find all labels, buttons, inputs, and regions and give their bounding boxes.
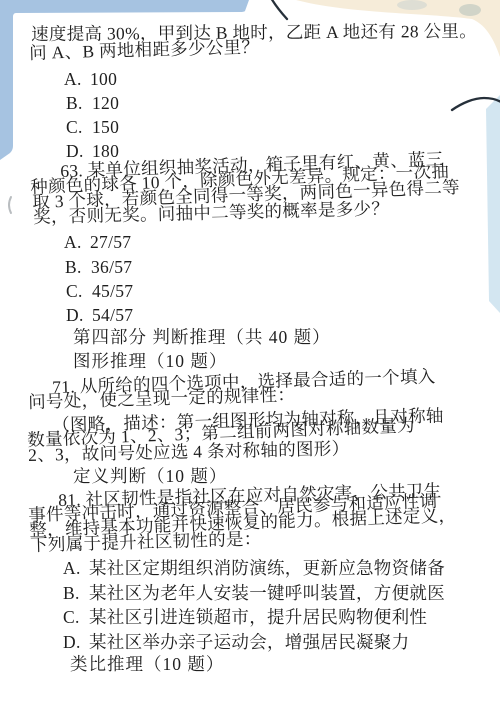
option-value: 150 (92, 117, 119, 137)
option-row-q62-b: B.120 (66, 95, 119, 113)
option-row-q81-d: D.某社区举办亲子运动会，增强居民凝聚力 (63, 634, 409, 652)
option-value: 27/57 (90, 232, 131, 252)
option-row-q63-c: C.45/57 (66, 283, 133, 301)
option-letter: D. (66, 307, 92, 325)
photographed-exam-page: 速度提高 30%，甲到达 B 地时，乙距 A 地还有 28 公里。 问 A、B … (0, 0, 500, 719)
subsection-heading-graphic: 图形推理（10 题） (73, 353, 227, 371)
option-value: 某社区举办亲子运动会，增强居民凝聚力 (89, 632, 409, 652)
q71-line: 问号处，使之呈现一定的规律性： (28, 387, 295, 412)
option-letter: D. (66, 143, 92, 161)
option-value: 某社区定期组织消防演练，更新应急物资储备 (89, 558, 445, 578)
option-letter: A. (63, 560, 89, 578)
option-letter: C. (66, 283, 92, 301)
option-value: 120 (92, 93, 119, 113)
option-row-q63-d: D.54/57 (66, 307, 133, 325)
option-row-q62-d: D.180 (66, 143, 119, 161)
option-row-q62-c: C.150 (66, 119, 119, 137)
option-letter: B. (66, 95, 92, 113)
option-value: 180 (92, 141, 119, 161)
option-value: 45/57 (92, 281, 133, 301)
option-letter: C. (63, 609, 89, 627)
q62-line: 问 A、B 两地相距多少公里？ (29, 39, 259, 63)
subsection-heading-definition: 定义判断（10 题） (73, 468, 227, 486)
option-row-q81-a: A.某社区定期组织消防演练，更新应急物资储备 (63, 560, 445, 578)
option-value: 某社区为老年人安装一键呼叫装置，方便就医 (89, 583, 445, 603)
option-value: 54/57 (92, 305, 133, 325)
q71-note-line: 2、3，故问号处应选 4 条对称轴的图形） (28, 440, 350, 464)
option-value: 100 (90, 69, 117, 89)
option-letter: A. (64, 234, 90, 252)
option-row-q62-a: A.100 (64, 71, 117, 89)
option-letter: D. (63, 634, 89, 652)
option-letter: B. (63, 585, 89, 603)
section-heading-part4: 第四部分 判断推理（共 40 题） (73, 329, 331, 347)
option-letter: B. (65, 259, 91, 277)
option-row-q63-b: B.36/57 (65, 259, 132, 277)
option-letter: A. (64, 71, 90, 89)
option-value: 36/57 (91, 257, 132, 277)
option-row-q81-b: B.某社区为老年人安装一键呼叫装置，方便就医 (63, 585, 445, 603)
exam-text-layer: 速度提高 30%，甲到达 B 地时，乙距 A 地还有 28 公里。 问 A、B … (0, 0, 500, 719)
option-row-q81-c: C.某社区引进连锁超市，提升居民购物便利性 (63, 609, 427, 627)
option-value: 某社区引进连锁超市，提升居民购物便利性 (89, 607, 427, 627)
option-letter: C. (66, 119, 92, 137)
q81-line: 下列属于提升社区韧性的是： (30, 531, 262, 555)
option-row-q63-a: A.27/57 (64, 234, 131, 252)
subsection-heading-analogy: 类比推理（10 题） (70, 656, 224, 674)
